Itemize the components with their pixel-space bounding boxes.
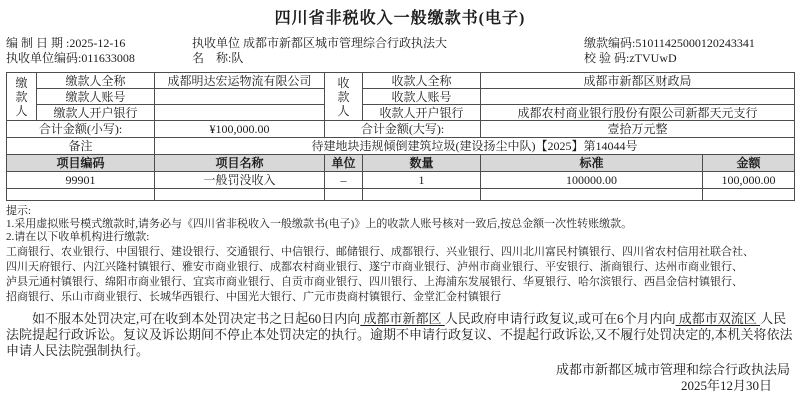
appeal-review-org: 成都市新都区 xyxy=(360,311,445,326)
item-col-qty: 数量 xyxy=(363,155,481,172)
header-left: 编 制 日 期 :2025-12-16 执收单位编码:011633008 xyxy=(6,36,192,66)
check-code: 校 验 码:zTVUwD xyxy=(584,51,794,66)
payee-side-label: 收款人 xyxy=(338,76,350,118)
total-small-value: ¥100,000.00 xyxy=(155,121,325,138)
payee-name-value: 成都市新都区财政局 xyxy=(481,73,795,89)
payee-account-value xyxy=(481,89,795,105)
exec-unit: 执收单位 成都市新都区城市管理综合行政执法大 xyxy=(192,36,584,51)
payee-side-cell: 收款人 xyxy=(325,73,363,121)
appeal-court-org: 成都市双流区 xyxy=(676,311,761,326)
payer-name-label: 缴款人全称 xyxy=(37,73,155,89)
doc-title: 四川省非税收入一般缴款书(电子) xyxy=(0,0,800,29)
payee-account-label: 收款人账号 xyxy=(363,89,481,105)
payee-bank-label: 收款人开户银行 xyxy=(363,105,481,121)
appeal-seg-2: 人民政府申请行政复议,或可在6个月内向 xyxy=(445,311,676,326)
exec-unit-value: 成都市新都区城市管理综合行政执法大 xyxy=(243,36,447,50)
header-info: 编 制 日 期 :2025-12-16 执收单位编码:011633008 执收单… xyxy=(0,29,800,69)
item-col-unit: 单位 xyxy=(325,155,363,172)
item-name: 一般罚没收入 xyxy=(155,172,325,189)
payer-account-value xyxy=(155,89,325,105)
item-standard: 100000.00 xyxy=(481,172,703,189)
bank-list: 工商银行、农业银行、中国银行、建设银行、交通银行、中信银行、邮储银行、成都银行、… xyxy=(0,244,800,305)
bank-line-3: 泸县元通村镇银行、绵阳市商业银行、宜宾市商业银行、自贡市商业银行、四川银行、上海… xyxy=(6,275,794,290)
payer-side-label: 缴款人 xyxy=(16,76,28,118)
footer: 成都市新都区城市管理和综合行政执法局 2025年12月30日 xyxy=(0,362,800,394)
item-unit: – xyxy=(325,172,363,189)
footer-org: 成都市新都区城市管理和综合行政执法局 xyxy=(0,362,800,378)
header-middle: 执收单位 成都市新都区城市管理综合行政执法大 名 称:队 xyxy=(192,36,584,66)
appeal-paragraph: 如不服本处罚决定,可在收到本处罚决定书之日起60日内向 成都市新都区 人民政府申… xyxy=(0,305,800,359)
item-col-standard: 标准 xyxy=(481,155,703,172)
item-col-code: 项目编码 xyxy=(7,155,155,172)
item-col-amount: 金额 xyxy=(703,155,795,172)
item-qty: 1 xyxy=(363,172,481,189)
payer-bank-label: 缴款人开户银行 xyxy=(37,105,155,121)
tips-section: 提示: 1.采用虚拟账号模式缴款时,请务必与《四川省非税收入一般缴款书(电子)》… xyxy=(0,201,800,244)
payer-payee-table: 缴款人 缴款人全称 成都明达宏运物流有限公司 收款人 收款人全称 成都市新都区财… xyxy=(6,72,795,155)
payer-account-label: 缴款人账号 xyxy=(37,89,155,105)
remark-label: 备注 xyxy=(7,138,155,155)
payment-code: 缴款编码:51011425000120243341 xyxy=(584,36,794,51)
item-col-name: 项目名称 xyxy=(155,155,325,172)
footer-date: 2025年12月30日 xyxy=(0,378,800,394)
total-big-value: 壹拾万元整 xyxy=(481,121,795,138)
tips-heading: 提示: xyxy=(6,205,794,218)
exec-unit-code: 执收单位编码:011633008 xyxy=(6,51,192,66)
tip-1: 1.采用虚拟账号模式缴款时,请务必与《四川省非税收入一般缴款书(电子)》上的收款… xyxy=(6,218,794,231)
item-amount: 100,000.00 xyxy=(703,172,795,189)
item-row: 99901 一般罚没收入 – 1 100000.00 100,000.00 xyxy=(7,172,795,189)
bank-line-2: 四川天府银行、内江兴隆村镇银行、雅安市商业银行、成都农村商业银行、遂宁市商业银行… xyxy=(6,260,794,275)
items-table: 项目编码 项目名称 单位 数量 标准 金额 99901 一般罚没收入 – 1 1… xyxy=(6,154,795,201)
payee-bank-value: 成都农村商业银行股份有限公司新都天元支行 xyxy=(481,105,795,121)
total-big-label: 合计金额(大写): xyxy=(325,121,481,138)
payment-form-document: 四川省非税收入一般缴款书(电子) 编 制 日 期 :2025-12-16 执收单… xyxy=(0,0,800,414)
appeal-seg-1: 如不服本处罚决定,可在收到本处罚决定书之日起60日内向 xyxy=(32,311,360,326)
remark-value: 待建地块违规倾倒建筑垃圾(建设扬尘中队)【2025】第14044号 xyxy=(155,138,795,155)
bank-line-4: 招商银行、乐山市商业银行、长城华西银行、中国光大银行、广元市贵商村镇银行、金堂汇… xyxy=(6,290,794,305)
total-small-label: 合计金额(小写): xyxy=(7,121,155,138)
tip-2: 2.请在以下收单机构进行缴款: xyxy=(6,231,794,244)
payee-name-label: 收款人全称 xyxy=(363,73,481,89)
bank-line-1: 工商银行、农业银行、中国银行、建设银行、交通银行、中信银行、邮储银行、成都银行、… xyxy=(6,245,794,260)
payer-side-cell: 缴款人 xyxy=(7,73,37,121)
exec-unit-name: 名 称:队 xyxy=(192,51,584,66)
item-row-empty xyxy=(7,189,795,201)
payer-bank-value xyxy=(155,105,325,121)
payer-name-value: 成都明达宏运物流有限公司 xyxy=(155,73,325,89)
item-code: 99901 xyxy=(7,172,155,189)
make-date: 编 制 日 期 :2025-12-16 xyxy=(6,36,192,51)
header-right: 缴款编码:51011425000120243341 校 验 码:zTVUwD xyxy=(584,36,794,66)
exec-unit-label: 执收单位 xyxy=(192,36,240,50)
